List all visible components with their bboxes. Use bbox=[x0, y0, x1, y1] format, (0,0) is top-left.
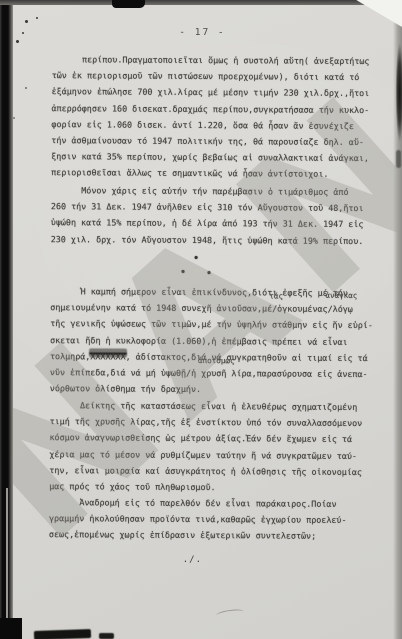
text-line: σκεται ἤδη ἡ κυκλοφορία (1.060),ἡ ἐπέμβα… bbox=[50, 332, 390, 350]
text-line: ἑξάμηνον ἐπώλησε 700 χιλ.λίρας μέ μέσην … bbox=[52, 84, 392, 102]
separator-dot bbox=[208, 271, 211, 274]
page-content: - 17 - περίπου.Πραγματοποιεῖται ὅμως ἡ σ… bbox=[0, 0, 402, 639]
text-line: τῆς γενικῆς ὑψώσεως τῶν τιμῶν,μέ τήν ὑψη… bbox=[50, 316, 390, 334]
scan-blob-top bbox=[112, 0, 145, 8]
text-line: φορίαν εἰς 1.060 δισεκ. ἀντί 1.220, ὅσα … bbox=[51, 116, 391, 134]
continuation-mark: ./. bbox=[183, 555, 202, 565]
text-line: νόρθωτον ὀλίσθημα τήν δραχμήν. bbox=[50, 380, 390, 398]
scan-mark-bottom bbox=[34, 629, 91, 639]
dust-speck bbox=[16, 40, 19, 43]
scan-mark-bottom bbox=[99, 633, 114, 639]
text-line: την, εἶναι μοιραία καί ἀσυγκράτητος ἡ ὀλ… bbox=[49, 462, 389, 480]
text-line: 230 χιλ. δρχ. τόν Αὔγουστον 1948, ἥτις ὑ… bbox=[51, 231, 391, 249]
text-line: σεως,ἑπομένως χωρίς ἐπίδρασιν ἐξωτερικῶν… bbox=[49, 527, 389, 545]
page-number: - 17 - bbox=[12, 26, 393, 39]
text-line: περιορισθεῖσαι ἄλλως τε σημαντικῶς νά ἦσ… bbox=[51, 164, 391, 182]
scanned-page: - 17 - περίπου.Πραγματοποιεῖται ὅμως ἡ σ… bbox=[0, 0, 402, 639]
dust-speck bbox=[22, 32, 24, 34]
scan-smudge-right bbox=[396, 150, 401, 168]
insertion-note: ἀνάγκας bbox=[325, 291, 357, 300]
separator-dot bbox=[182, 270, 185, 273]
strikethrough-smudge bbox=[89, 348, 127, 357]
dust-speck bbox=[36, 17, 38, 19]
separator-dot bbox=[195, 256, 198, 259]
paragraph: Ἀναδρομή εἰς τό παρελθόν δέν εἶναι παράκ… bbox=[49, 494, 389, 545]
insertion-note: τάς bbox=[269, 291, 283, 300]
text-line: χέρια μας τό μέσον νά ρυθμίζωμεν ταύτην … bbox=[49, 446, 389, 464]
dust-speck bbox=[25, 20, 28, 23]
paragraph: Δείκτης τῆς καταστάσεως εἶναι ἡ ἐλευθέρω… bbox=[49, 397, 390, 496]
scan-edge-highlight bbox=[6, 488, 8, 620]
dust-speck bbox=[25, 87, 27, 89]
text-line: ἀπερρόφησεν 160 δισεκατ.δραχμάς περίπου,… bbox=[51, 100, 391, 118]
paragraph: Μόνον χάρις εἰς αὐτήν τήν παρέμβασιν ὁ τ… bbox=[51, 182, 391, 249]
paragraph: περίπου.Πραγματοποιεῖται ὅμως ἡ συστολή … bbox=[51, 51, 392, 183]
insertion-note: ἀποτόμως bbox=[198, 356, 235, 365]
text-line: ὑψώθη κατά 15% περίπου, ἡ δέ λίρα ἀπό 19… bbox=[51, 215, 391, 233]
dust-speck bbox=[13, 117, 15, 119]
scan-edge-top bbox=[0, 0, 402, 5]
text-line: κόσμον ἀναγνωρισθείσης ὡς μέτρου ἀξίας.Ἐ… bbox=[49, 430, 389, 448]
paragraph: Ἡ καμπή σήμερον εἶναι ἐπικίνδυνος,διότι … bbox=[50, 283, 391, 398]
scan-blob-bottom-left bbox=[0, 618, 22, 639]
scan-smudge-right bbox=[394, 40, 402, 145]
